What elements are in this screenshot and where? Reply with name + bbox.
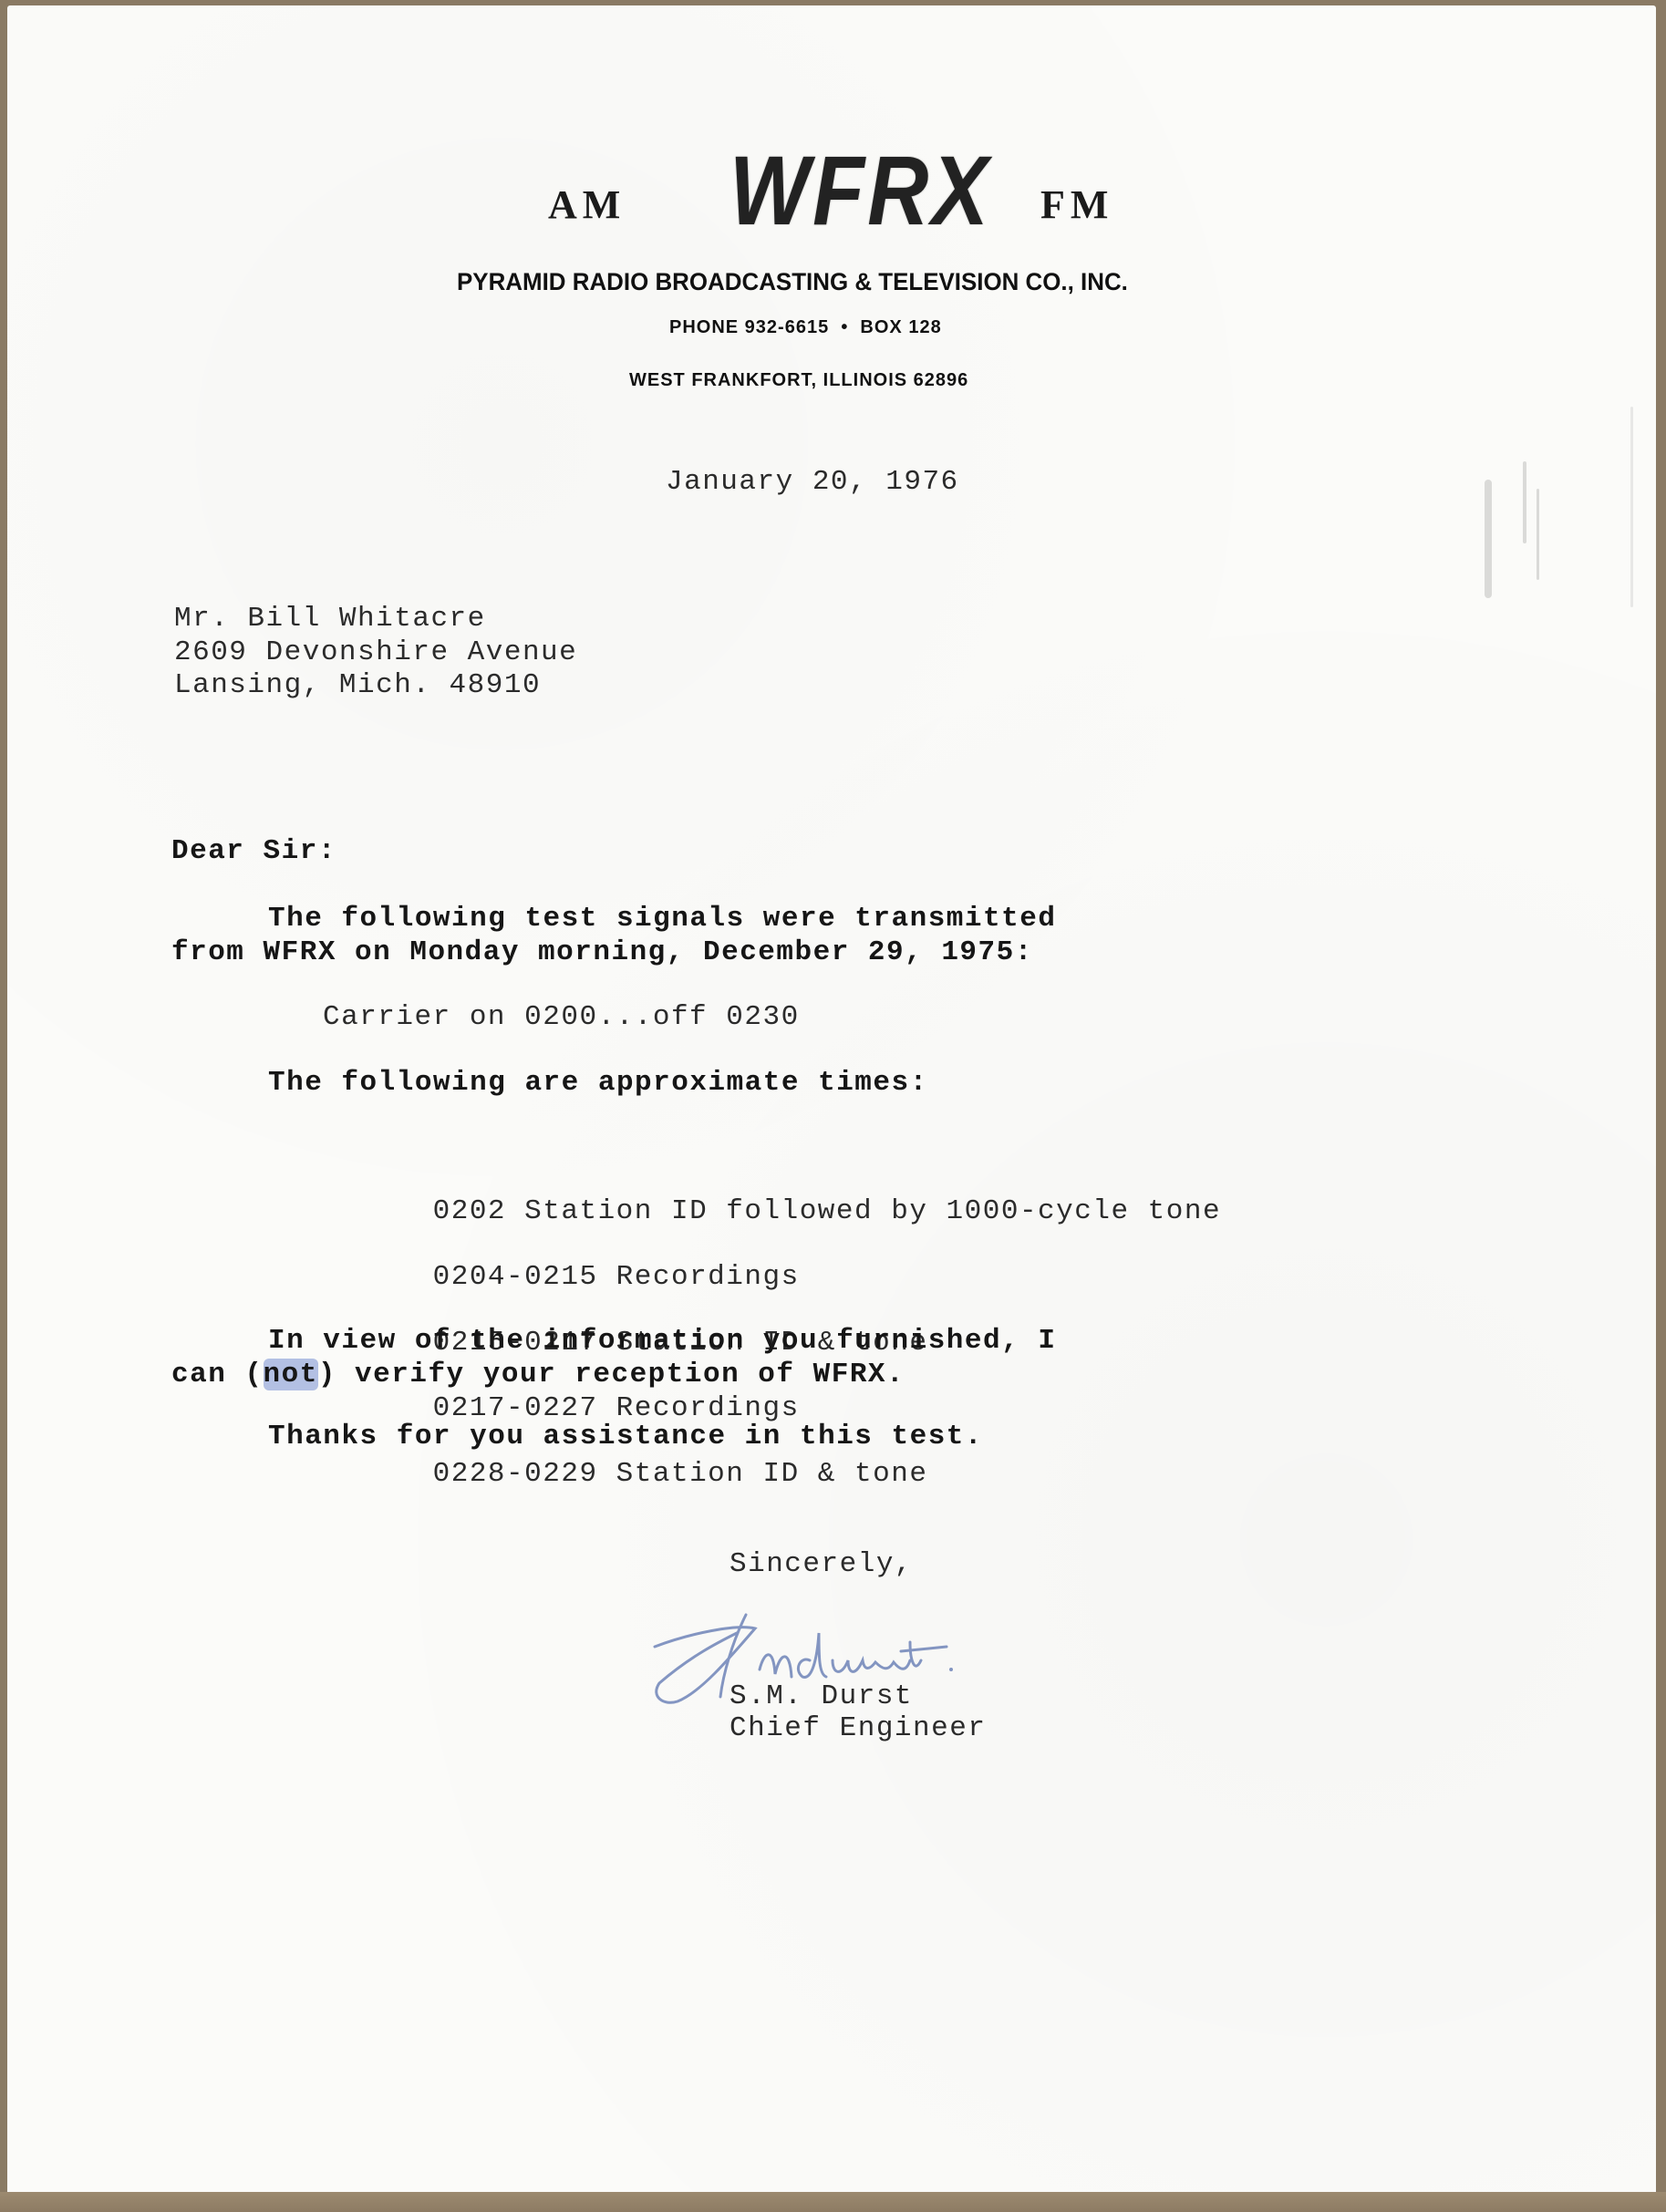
letterhead-call-sign: WFRX xyxy=(730,133,991,247)
scan-streak xyxy=(1630,407,1633,607)
times-intro: The following are approximate times: xyxy=(268,1067,928,1099)
schedule-time: 0228-0229 xyxy=(433,1458,598,1490)
letterhead-am: AM xyxy=(548,181,626,228)
thanks-line: Thanks for you assistance in this test. xyxy=(268,1421,983,1452)
recipient-street: 2609 Devonshire Avenue xyxy=(174,636,577,668)
verify-suffix: ) verify your reception of WFRX. xyxy=(318,1359,905,1390)
recipient-city: Lansing, Mich. 48910 xyxy=(174,669,541,701)
verify-struck-word: not xyxy=(264,1359,318,1390)
schedule-event: Recordings xyxy=(616,1261,800,1293)
signer-name: S.M. Durst xyxy=(730,1680,913,1712)
schedule-item: 0202 Station ID followed by 1000-cycle t… xyxy=(323,1163,1221,1196)
signer-title: Chief Engineer xyxy=(730,1712,986,1744)
verify-prefix: can ( xyxy=(171,1359,264,1390)
letter-page: AM WFRX FM PYRAMID RADIO BROADCASTING & … xyxy=(7,5,1656,2197)
carrier-line: Carrier on 0200...off 0230 xyxy=(323,1001,800,1033)
scan-streak xyxy=(1485,480,1492,598)
valediction: Sincerely, xyxy=(730,1548,913,1580)
frame-edge xyxy=(0,2192,1666,2212)
schedule-time: 0204-0215 xyxy=(433,1261,598,1293)
letterhead-fm: FM xyxy=(1040,181,1113,228)
schedule-event: Station ID & tone xyxy=(616,1458,928,1490)
letterhead-address: WEST FRANKFORT, ILLINOIS 62896 xyxy=(629,370,968,391)
para1-line2: from WFRX on Monday morning, December 29… xyxy=(171,936,1033,968)
verify-line2: can (not) verify your reception of WFRX. xyxy=(171,1359,905,1390)
para1-line1: The following test signals were transmit… xyxy=(268,903,1056,935)
letter-date: January 20, 1976 xyxy=(666,466,959,498)
schedule-event: Recordings xyxy=(616,1392,800,1424)
schedule-time: 0202 xyxy=(433,1195,506,1227)
salutation: Dear Sir: xyxy=(171,835,336,867)
schedule-item: 0215-0217 Station ID & tone xyxy=(323,1295,1221,1328)
schedule-time: 0217-0227 xyxy=(433,1392,598,1424)
verify-line1: In view of the information you furnished… xyxy=(268,1325,1056,1357)
letterhead-phone: PHONE 932-6615 • BOX 128 xyxy=(669,317,942,338)
letterhead-company: PYRAMID RADIO BROADCASTING & TELEVISION … xyxy=(457,268,1128,296)
schedule-item: 0204-0215 Recordings xyxy=(323,1229,1221,1262)
scan-streak xyxy=(1523,461,1526,543)
recipient-name: Mr. Bill Whitacre xyxy=(174,603,486,635)
scan-streak xyxy=(1537,489,1539,580)
schedule-event: Station ID followed by 1000-cycle tone xyxy=(524,1195,1221,1227)
